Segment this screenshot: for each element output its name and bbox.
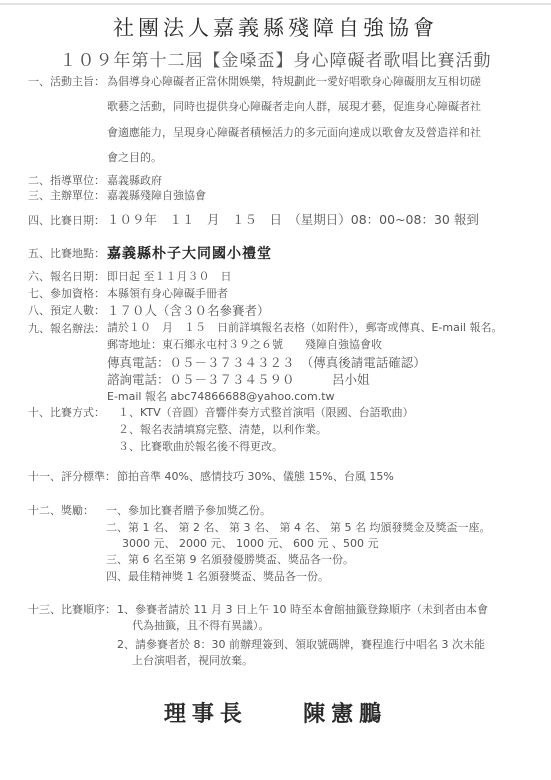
s1-line-3: 會適應能力，呈現身心障礙者積極活力的多元面向達成以歌會友及營造祥和社 (107, 124, 481, 140)
s9-mail-address: 郵寄地址：東石鄉永屯村３９之６號 殘障自強協會收 (107, 336, 382, 352)
s3-label: 三、主辦單位： (28, 187, 105, 203)
s1-line-2: 歌藝之活動，同時也提供身心障礙者走向人群，展現才藝，促進身心障礙者社 (107, 98, 481, 114)
s12-item-4: 四、最佳精神獎 1 名頒發獎盃、獎品各一份。 (106, 568, 329, 584)
s11-value: 節拍音準 40%、感情技巧 30%、儀態 15%、台風 15% (117, 468, 394, 484)
s3-value: 嘉義縣殘障自強協會 (107, 187, 206, 203)
s12-item-1: 一、參加比賽者贈予參加獎乙份。 (106, 502, 271, 518)
s11-label: 十一、評分標準： (28, 468, 116, 484)
event-title: １０９年第十二屆【金嗓盃】身心障礙者歌唱比賽活動 (0, 46, 551, 71)
s7-value: 本縣領有身心障礙手冊者 (107, 285, 228, 301)
s5-value: 嘉義縣朴子大同國小禮堂 (107, 243, 272, 263)
s9-phone: 諮詢電話：０５－３７３４５９０ 呂小姐 (107, 370, 370, 388)
s1-label: 一、活動主旨： (28, 73, 105, 89)
s5-label: 五、比賽地點： (28, 245, 105, 261)
s4-label: 四、比賽日期： (28, 212, 105, 228)
scan-top-edge (0, 3, 551, 5)
s1-line-1: 為倡導身心障礙者正當休閒娛樂，特規劃此一愛好唱歌身心障礙朋友互相切磋 (107, 73, 481, 89)
s8-value: １７０人（含３０名參賽者） (107, 301, 270, 319)
s6-value: 即日起 至１１月３０ 日 (107, 268, 232, 284)
s7-label: 七、參加資格： (28, 285, 105, 301)
s10-item-3: ３、比賽歌曲於報名後不得更改。 (118, 438, 283, 454)
s9-fax: 傳真電話：０５－３７３４３２３ （傳真後請電話確認） (107, 353, 426, 371)
s9-value: 請於１０ 月 １５ 日前詳填報名表格（如附件），郵寄或傳真、E-mail 報名。 (107, 319, 502, 335)
s13-label: 十三、比賽順序： (28, 601, 116, 617)
s12-item-2: 二、第 1 名、 第 2 名、 第 3 名、 第 4 名、 第 5 名 均頒發獎… (106, 519, 490, 535)
s13-item-1-cont: 代為抽籤，且不得有異議）。 (132, 617, 270, 633)
organization-title: 社團法人嘉義縣殘障自強協會 (0, 12, 551, 42)
s2-label: 二、指導單位： (28, 172, 105, 188)
s12-item-3: 三、第 6 名至第 9 名頒發優勝獎盃、獎品各一份。 (106, 551, 354, 567)
s4-value: １０９年 １１ 月 １５ 日 （星期日）08：00~08：30 報到 (107, 210, 479, 228)
s10-item-2: ２、報名表請填寫完整、清楚，以利作業。 (118, 421, 327, 437)
s13-item-1: 1、參賽者請於 11 月 3 日上午 10 時至本會館抽籤登錄順序（未到者由本會 (117, 601, 488, 617)
s8-label: 八、預定人數： (28, 302, 105, 318)
s12-label: 十二、獎勵： (28, 502, 94, 518)
s6-label: 六、報名日期： (28, 268, 105, 284)
s13-item-2-cont: 上台演唱者，視同放棄。 (132, 652, 253, 668)
signature: 理事長 陳憲鵬 (0, 697, 551, 728)
s13-item-2: 2、請參賽者於 8：30 前辦理簽到、領取號碼牌，賽程進行中唱名 3 次未能 (117, 636, 485, 652)
s10-item-1: １、KTV（音圓）音響伴奏方式整首演唱（限國、台語歌曲） (118, 404, 414, 420)
signature-name: 陳憲鵬 (303, 697, 387, 728)
s9-email: E-mail 報名 abc74866688@yahoo.com.tw (107, 388, 335, 404)
s9-label: 九、報名辦法： (28, 320, 105, 336)
signature-title: 理事長 (164, 697, 248, 728)
s2-value: 嘉義縣政府 (107, 172, 162, 188)
s10-label: 十、比賽方式： (28, 404, 105, 420)
s12-item-amounts: 3000 元、 2000 元、 1000 元、 600 元 、500 元 (122, 535, 378, 551)
s1-line-4: 會之目的。 (107, 149, 162, 165)
